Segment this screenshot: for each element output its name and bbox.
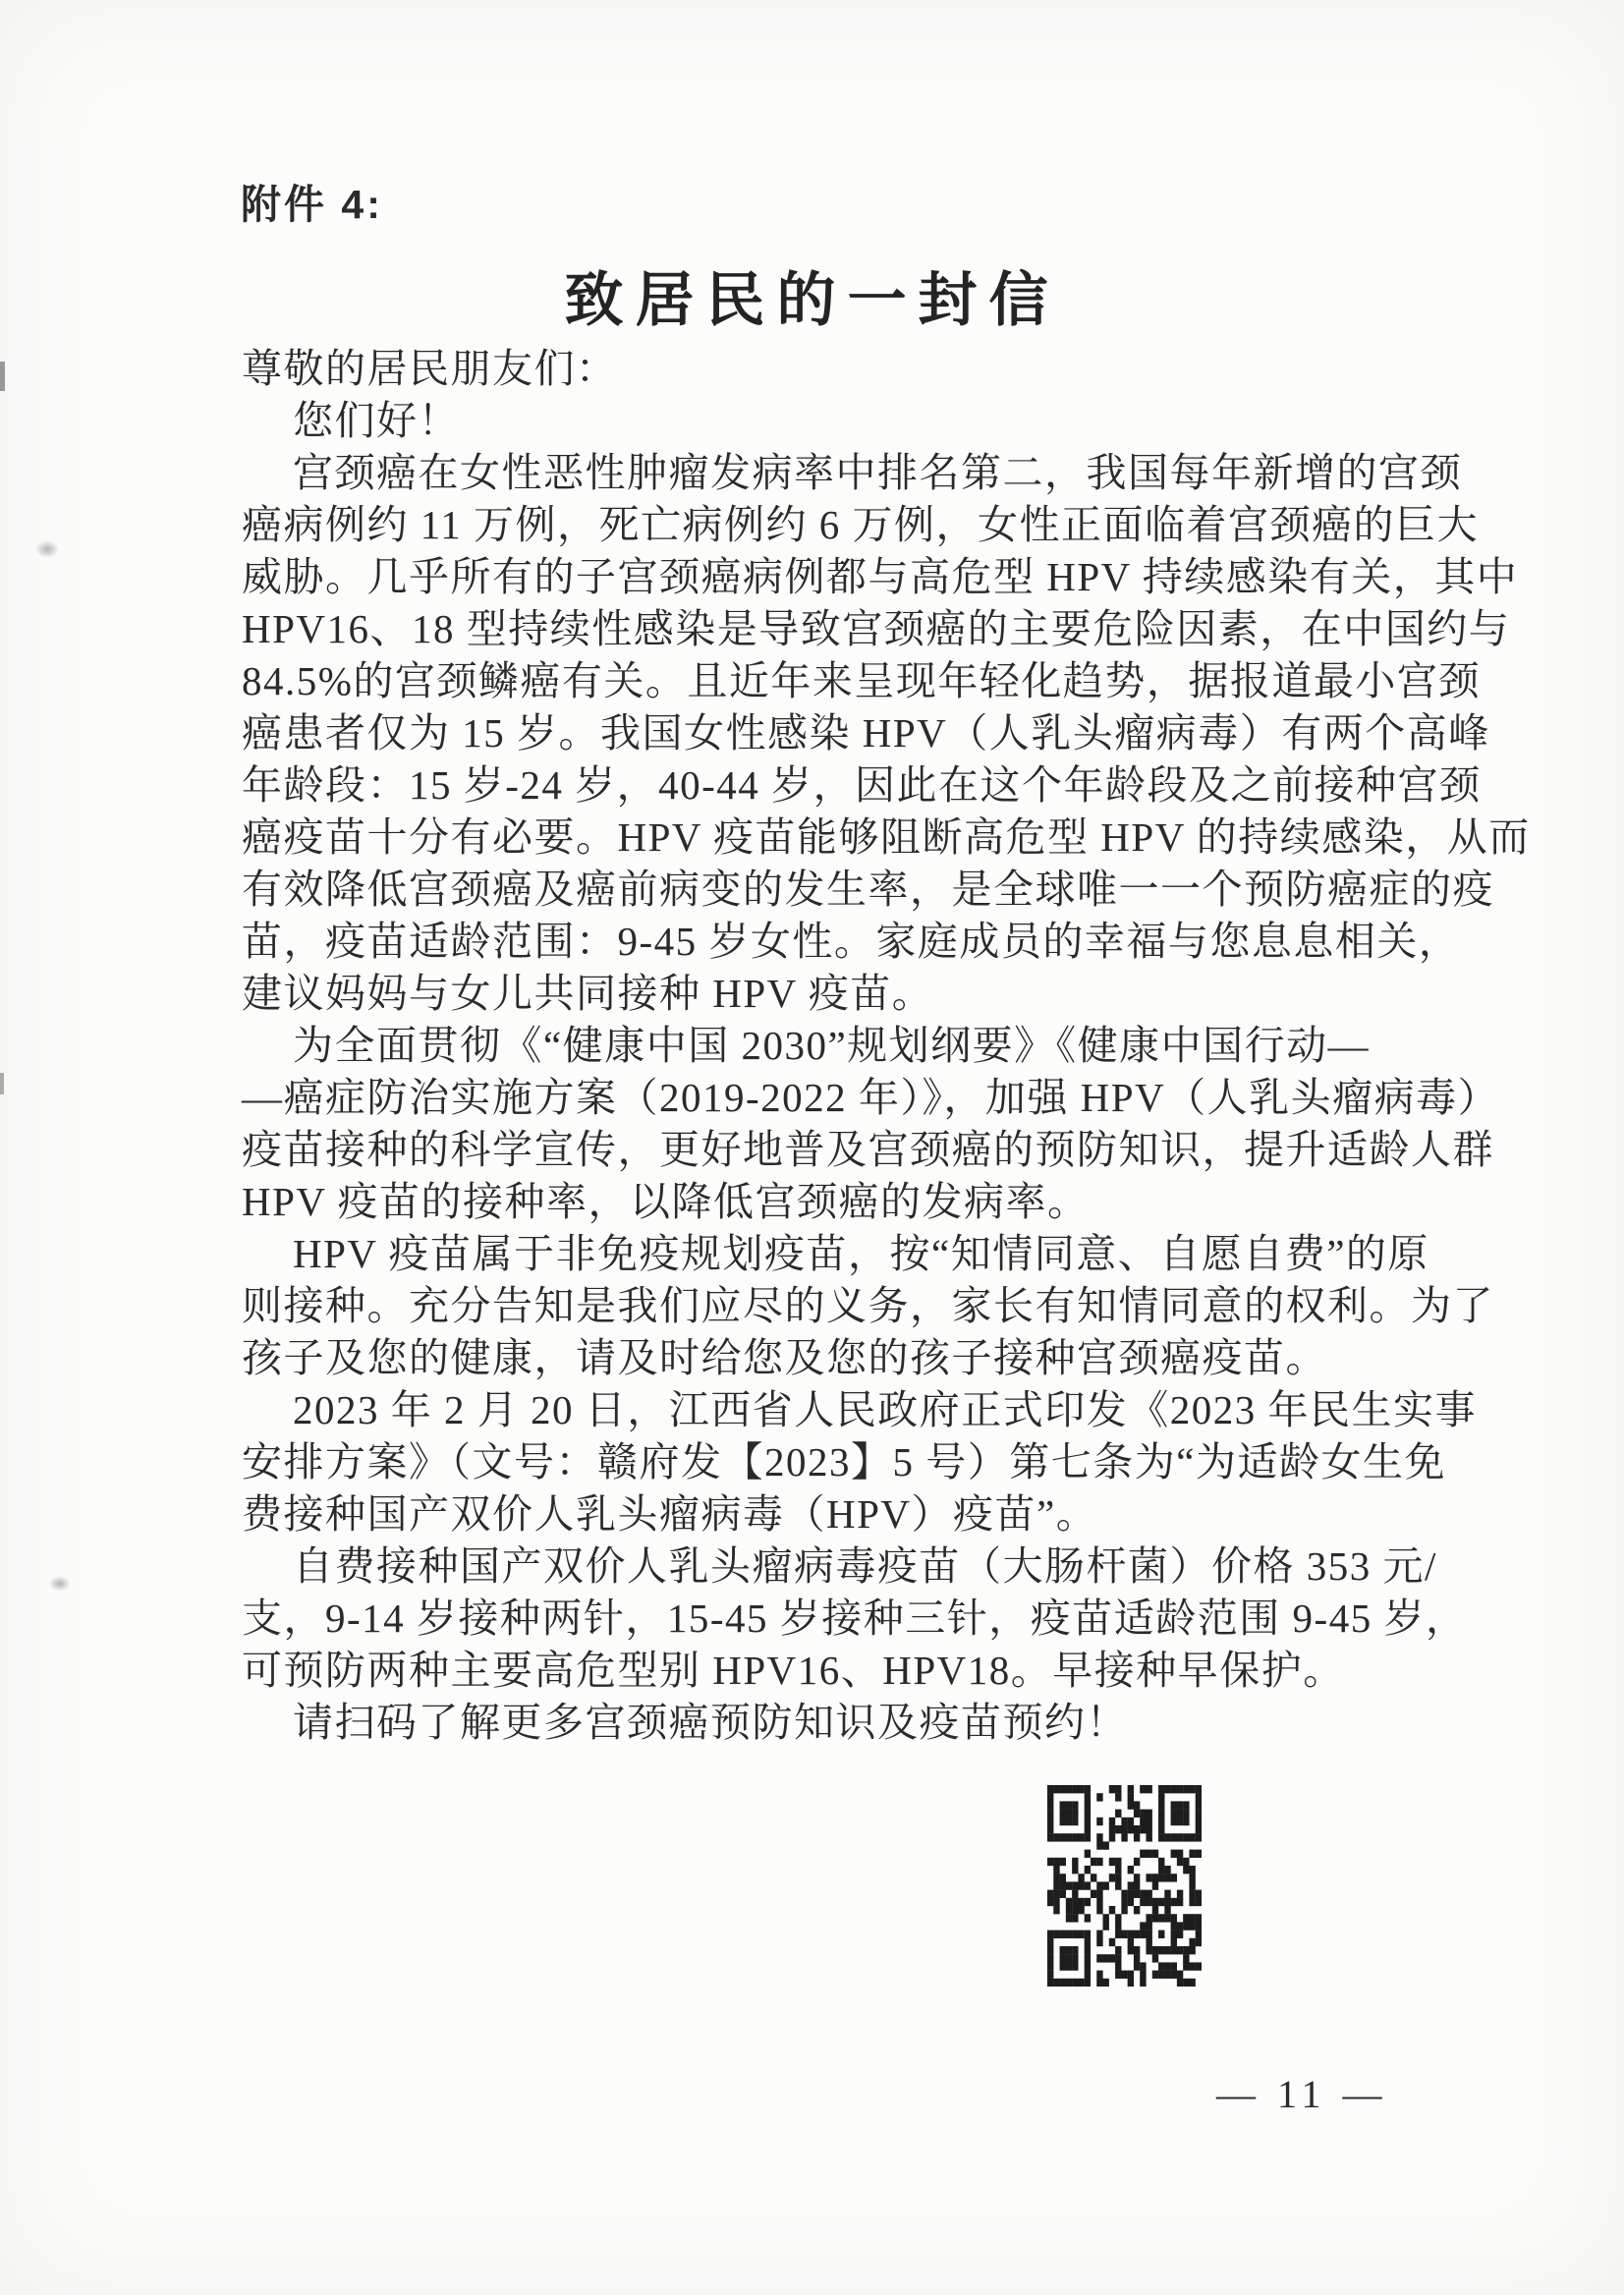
letter-line: 孩子及您的健康，请及时给您及您的孩子接种宫颈癌疫苗。 (242, 1332, 1499, 1384)
scan-artifact (0, 1073, 4, 1094)
letter-line: 2023 年 2 月 20 日，江西省人民政府正式印发《2023 年民生实事 (242, 1384, 1499, 1436)
qr-code (1047, 1785, 1202, 1987)
letter-line: 84.5%的宫颈鳞癌有关。且近年来呈现年轻化趋势，据报道最小宫颈 (242, 655, 1499, 707)
scan-artifact (35, 540, 59, 558)
letter-line: 自费接种国产双价人乳头瘤病毒疫苗（大肠杆菌）价格 353 元/ (242, 1540, 1499, 1593)
letter-line: 癌病例约 11 万例，死亡病例约 6 万例，女性正面临着宫颈癌的巨大 (242, 499, 1499, 551)
letter-line: 威胁。几乎所有的子宫颈癌病例都与高危型 HPV 持续感染有关，其中 (242, 551, 1499, 603)
letter-line: 宫颈癌在女性恶性肿瘤发病率中排名第二，我国每年新增的宫颈 (242, 447, 1499, 499)
page-number: — 11 — (1216, 2071, 1388, 2117)
letter-line: 可预防两种主要高危型别 HPV16、HPV18。早接种早保护。 (242, 1645, 1499, 1697)
letter-line: 则接种。充分告知是我们应尽的义务，家长有知情同意的权利。为了 (242, 1280, 1499, 1332)
letter-line: HPV16、18 型持续性感染是导致宫颈癌的主要危险因素，在中国约与 (242, 603, 1499, 655)
letter-line: 癌患者仅为 15 岁。我国女性感染 HPV（人乳头瘤病毒）有两个高峰 (242, 707, 1499, 759)
letter-line: 为全面贯彻《“健康中国 2030”规划纲要》《健康中国行动— (242, 1020, 1499, 1072)
letter-line: 安排方案》（文号：赣府发【2023】5 号）第七条为“为适龄女生免 (242, 1436, 1499, 1488)
letter-line: 建议妈妈与女儿共同接种 HPV 疫苗。 (242, 968, 1499, 1020)
letter-body: 尊敬的居民朋友们： 您们好！ 宫颈癌在女性恶性肿瘤发病率中排名第二，我国每年新增… (242, 343, 1499, 1749)
greeting-line: 您们好！ (242, 395, 1499, 447)
letter-line: HPV 疫苗的接种率，以降低宫颈癌的发病率。 (242, 1176, 1499, 1228)
scanned-letter-page: 附件 4: 致居民的一封信 尊敬的居民朋友们： 您们好！ 宫颈癌在女性恶性肿瘤发… (0, 0, 1624, 2295)
letter-line: 费接种国产双价人乳头瘤病毒（HPV）疫苗”。 (242, 1488, 1499, 1540)
letter-line: 年龄段：15 岁-24 岁，40-44 岁，因此在这个年龄段及之前接种宫颈 (242, 759, 1499, 812)
attachment-label: 附件 4: (241, 172, 383, 230)
scan-artifact (49, 1576, 71, 1592)
letter-line: 支，9-14 岁接种两针，15-45 岁接种三针，疫苗适龄范围 9-45 岁， (242, 1593, 1499, 1645)
scan-artifact (0, 362, 5, 391)
letter-line: 有效降低宫颈癌及癌前病变的发生率，是全球唯一一个预防癌症的疫 (242, 864, 1499, 916)
page-title: 致居民的一封信 (0, 253, 1624, 338)
letter-line: 癌疫苗十分有必要。HPV 疫苗能够阻断高危型 HPV 的持续感染，从而 (242, 812, 1499, 864)
letter-line: 疫苗接种的科学宣传，更好地普及宫颈癌的预防知识，提升适龄人群 (242, 1124, 1499, 1176)
salutation-line: 尊敬的居民朋友们： (242, 343, 1499, 395)
letter-line: 请扫码了解更多宫颈癌预防知识及疫苗预约！ (242, 1697, 1499, 1749)
letter-line: —癌症防治实施方案（2019-2022 年）》，加强 HPV（人乳头瘤病毒） (242, 1072, 1499, 1124)
letter-line: HPV 疫苗属于非免疫规划疫苗，按“知情同意、自愿自费”的原 (242, 1228, 1499, 1280)
letter-line: 苗，疫苗适龄范围：9-45 岁女性。家庭成员的幸福与您息息相关， (242, 916, 1499, 968)
